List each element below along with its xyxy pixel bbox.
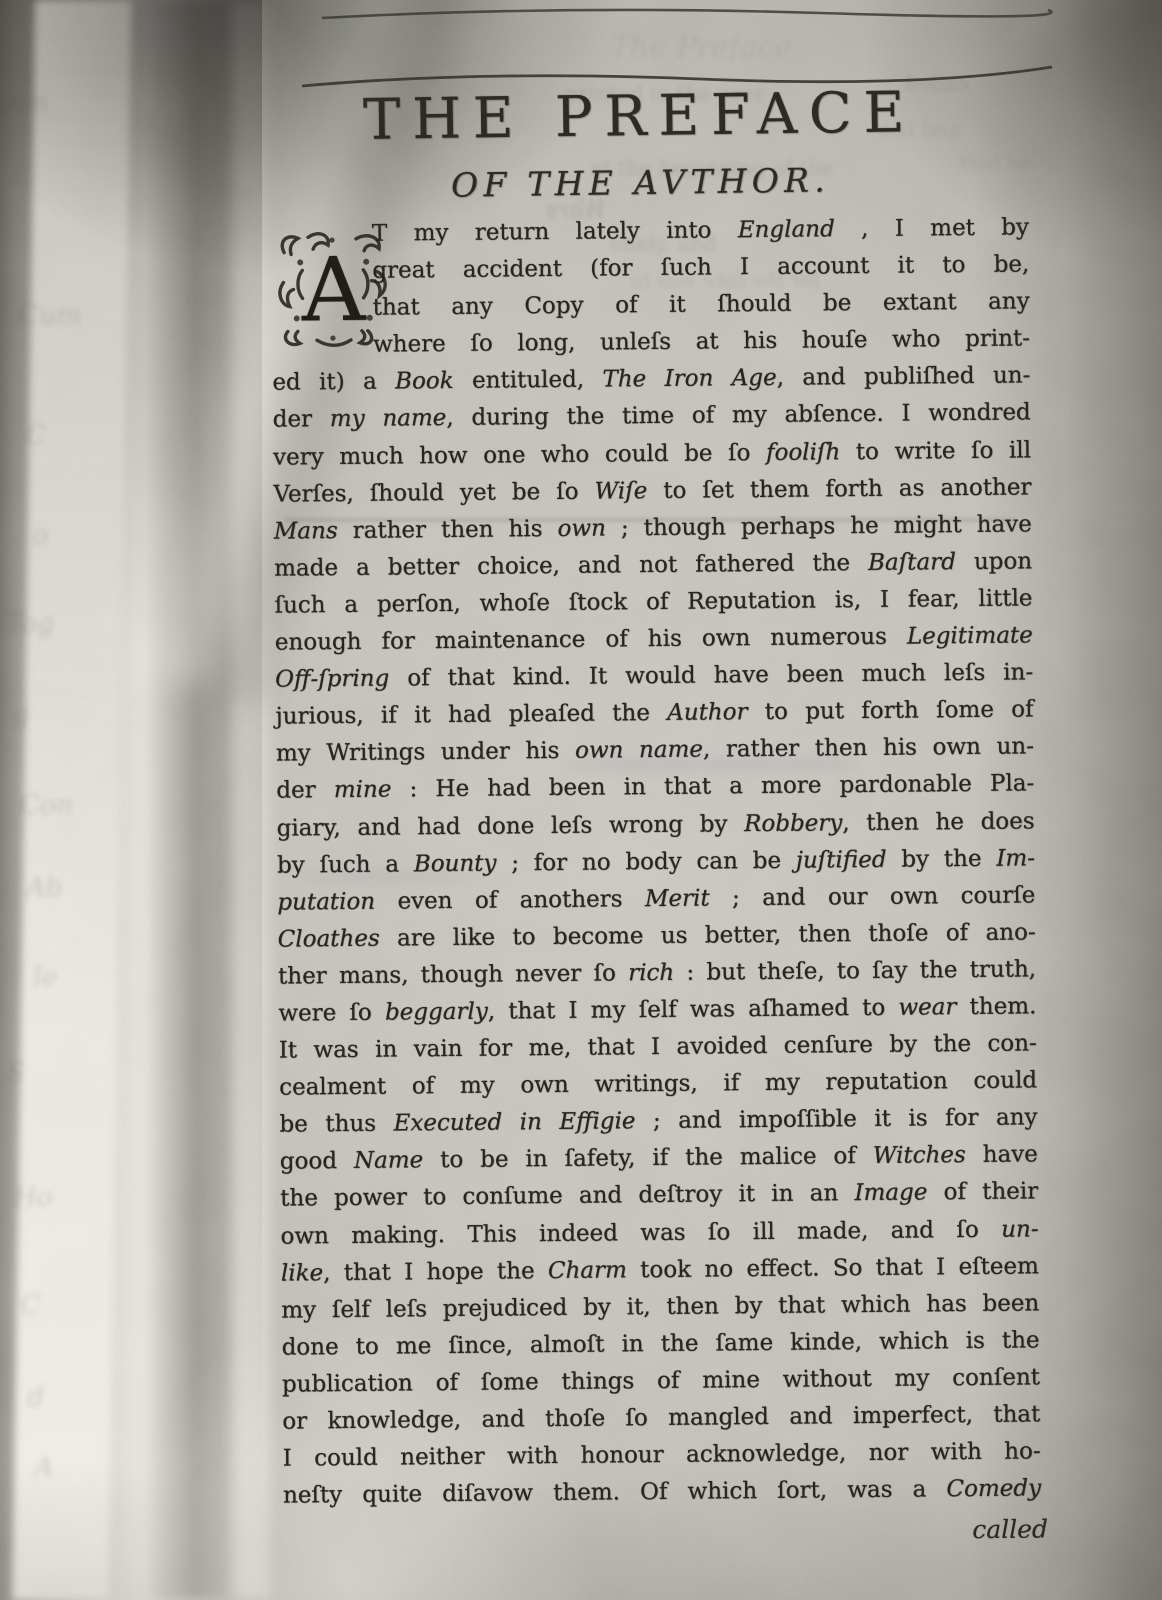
mottle-overlay — [0, 0, 1162, 1600]
book-photo: The Prefacecalledprinted in the yeerand … — [0, 0, 1162, 1600]
